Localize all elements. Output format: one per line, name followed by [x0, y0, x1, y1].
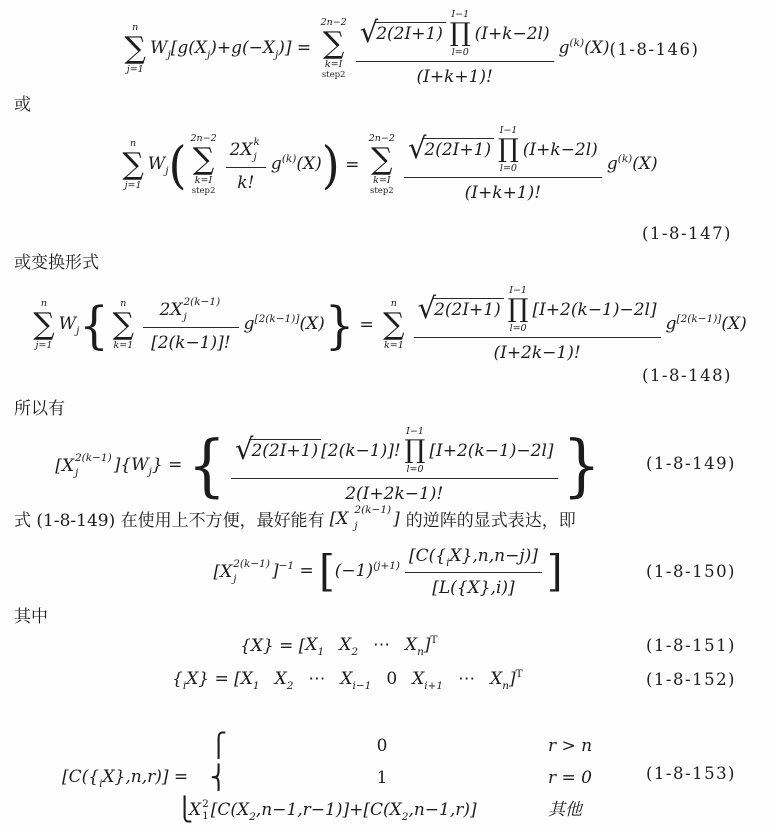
sum-step-label: step2: [370, 187, 394, 197]
paragraph-149-remark: 式 (1-8-149) 在使用上不方便，最好能有 [X2(k−1)j] 的逆阵的…: [14, 504, 576, 533]
sum-operator: n ∑ k=1: [113, 298, 134, 351]
math-token: (X): [299, 314, 324, 334]
matrix-row: X1 X2 ⋯ Xi−1 0 Xi+1 ⋯ Xn: [241, 667, 509, 693]
denominator: [2(k−1)]!: [143, 327, 239, 355]
equation-153: [C({iX},n,r)] = ⎧ 0 r > n ⎨ 1 r = 0 ⎩ X2…: [0, 730, 776, 826]
math-token: (X): [296, 154, 321, 174]
equation-number: (1-8-153): [646, 764, 736, 783]
piecewise-lhs: [C({iX},n,r)] =: [62, 762, 194, 794]
brace-top-piece: ⎧: [210, 730, 227, 762]
math-token: [C(X: [211, 800, 249, 820]
piecewise-condition-otherwise: 其他: [548, 794, 582, 826]
math-run: g(k)(X): [271, 152, 322, 178]
math-token: )+g(−X: [210, 38, 275, 58]
subscript: i: [446, 557, 449, 569]
superscript: 2: [202, 799, 209, 810]
math-token: X: [412, 669, 424, 689]
math-token: )] =: [278, 38, 316, 58]
sum-glyph: ∑: [193, 145, 214, 175]
subscript: j: [167, 49, 170, 61]
ellipsis: ⋯: [373, 633, 390, 657]
subscript: i: [183, 680, 186, 692]
inline-math: [X: [330, 507, 349, 531]
sqrt-radical: √2(2I+1): [408, 138, 494, 163]
subscript: j: [233, 574, 236, 585]
subscript: i+1: [424, 680, 443, 692]
math-token: W: [59, 314, 76, 334]
math-token: X: [305, 635, 317, 655]
subscript: 1: [253, 680, 260, 692]
math-token: (X): [584, 38, 609, 58]
sum-lower-limit: k=I: [195, 175, 212, 187]
subscript: 2: [287, 680, 294, 692]
math-token: X: [405, 635, 417, 655]
superscript-transpose: T: [431, 634, 438, 646]
denominator: 2(I+2k−1)!: [231, 478, 558, 506]
right-brace-big: }: [563, 432, 601, 499]
numerator: √2(2I+1) [2(k−1)]! I−1 ∏ l=0 [I+2(k−1)−2…: [231, 426, 558, 478]
sum-operator: 2n−2 ∑ k=I step2: [321, 17, 347, 80]
equation-number: (1-8-152): [646, 670, 736, 689]
math-token: [I+2(k−1)−2l]: [429, 439, 553, 463]
product-operator: I−1 ∏ l=0: [405, 426, 426, 476]
sum-lower-limit: k=1: [113, 340, 133, 352]
subscript: j: [149, 466, 152, 478]
fraction: [C({iX},n,n−j)] [L({X},i)]: [405, 544, 542, 600]
math-token: (I+2k−1)!: [493, 341, 580, 365]
denominator: k!: [226, 167, 266, 195]
radicand: 2(2I+1): [249, 439, 321, 461]
sum-operator: 2n−2 ∑ k=I step2: [369, 133, 395, 196]
subscript: j: [254, 152, 257, 163]
section-label-therefore: 所以有: [14, 394, 65, 419]
math-token: [g(X: [171, 38, 207, 58]
right-bracket-big: ]: [547, 550, 563, 593]
math-run: [C(X2,n−1,r−1)]+[C(X2,n−1,r)]: [211, 798, 477, 824]
piecewise-case-row: ⎩ X21[C(X2,n−1,r−1)]+[C(X2,n−1,r)] 其他: [176, 794, 746, 826]
superscript: k: [254, 137, 260, 148]
subscript: i−1: [353, 680, 372, 692]
product-lower-limit: l=0: [407, 464, 424, 476]
subscript: 1: [318, 646, 325, 658]
math-run: [C({iX},n,r)] =: [62, 765, 194, 791]
matrix-entry: Xi+1: [412, 667, 443, 693]
sum-glyph: ∑: [323, 29, 344, 59]
equals-sign: =: [354, 313, 379, 337]
sum-operator: 2n−2 ∑ k=I step2: [190, 133, 216, 196]
matrix-entry: X1: [305, 633, 324, 659]
math-run: {iX} = [: [172, 667, 241, 693]
math-run: g(k)(X): [559, 36, 610, 62]
math-token: X} = [: [186, 669, 241, 689]
subscript: 2: [249, 811, 256, 823]
superscript: 2(k−1): [233, 559, 270, 570]
sup-sub-stack: kj: [254, 136, 260, 165]
math-token: [X: [55, 456, 74, 476]
math-token: (I+k+1)!: [465, 181, 541, 205]
math-run: ]T: [509, 667, 523, 693]
product-lower-limit: l=0: [500, 163, 517, 175]
math-run: Wj: [59, 312, 80, 338]
superscript: (k): [570, 37, 585, 49]
math-token: X: [490, 669, 502, 689]
math-token: ]{W: [114, 455, 149, 475]
math-run: g(k)(X): [607, 152, 658, 178]
math-token: [C({: [409, 546, 446, 566]
math-token: (X): [721, 314, 746, 334]
subscript: j: [207, 49, 210, 61]
left-paren-big: (: [169, 140, 187, 191]
math-run: [X: [214, 560, 233, 584]
math-run: ]T: [424, 633, 438, 659]
subscript: 1: [202, 811, 209, 822]
numerator: [C({iX},n,n−j)]: [405, 544, 542, 572]
sum-glyph: ∑: [33, 310, 54, 340]
math-token: ,n−1,r)]: [408, 800, 476, 820]
equation-number: (1-8-150): [646, 562, 736, 581]
matrix-entry: Xi−1: [340, 667, 371, 693]
math-token: [L({X},i)]: [432, 576, 514, 600]
product-operator: I−1 ∏ l=0: [508, 285, 529, 335]
inline-math: ]: [393, 507, 400, 531]
fraction: 2X2(k−1)j [2(k−1)]!: [143, 296, 239, 355]
sum-glyph: ∑: [383, 310, 404, 340]
math-token: {: [172, 669, 183, 689]
superscript: [2(k−1)]: [677, 313, 722, 325]
matrix-entry: Xn: [490, 667, 509, 693]
right-brace-big: }: [325, 300, 354, 351]
sum-step-label: step2: [322, 71, 346, 81]
denominator: [L({X},i)]: [405, 572, 542, 600]
math-token: X: [189, 800, 201, 820]
fraction: √2(2I+1) I−1 ∏ l=0 (I+k−2l) (I+k+1)!: [356, 9, 554, 89]
equation-146: n ∑ j=1 Wj[g(Xj)+g(−Xj)] = 2n−2 ∑ k=I st…: [0, 4, 776, 94]
section-label-or: 或: [14, 90, 31, 115]
math-token: g: [244, 314, 255, 334]
superscript: −1: [279, 560, 294, 572]
fraction: √2(2I+1) I−1 ∏ l=0 (I+k−2l) (I+k+1)!: [404, 125, 602, 205]
math-token: k!: [237, 171, 254, 195]
math-run: (−1)(j+1): [335, 559, 400, 585]
product-lower-limit: l=0: [510, 323, 527, 335]
piecewise-condition: r > n: [548, 730, 592, 762]
math-token: X: [339, 635, 351, 655]
math-token: [C({: [62, 767, 99, 787]
sum-lower-limit: k=I: [325, 59, 342, 71]
subscript: j: [183, 312, 186, 323]
equals-sign: =: [294, 561, 319, 581]
product-glyph: ∏: [405, 438, 426, 464]
sum-step-label: step2: [192, 187, 216, 197]
ellipsis: ⋯: [458, 667, 475, 691]
product-lower-limit: l=0: [452, 47, 469, 59]
section-label-or-transform: 或变换形式: [14, 248, 99, 273]
sum-lower-limit: k=I: [373, 175, 390, 187]
superscript: (k): [618, 153, 633, 165]
math-token: [2(k−1)]!: [151, 331, 231, 355]
math-token: (I+k−2l): [475, 22, 550, 46]
matrix-row: X1 X2 ⋯ Xn: [305, 633, 423, 659]
math-token: ,n−1,r−1)]+[C(X: [256, 800, 402, 820]
math-token: g: [666, 314, 677, 334]
subscript: j: [75, 468, 78, 479]
piecewise-value-expression: X21[C(X2,n−1,r−1)]+[C(X2,n−1,r)]: [189, 794, 477, 826]
subscript: j: [275, 49, 278, 61]
superscript: (k): [282, 153, 297, 165]
matrix-entry: 0: [386, 667, 397, 691]
sum-lower-limit: j=1: [127, 64, 144, 76]
radicand: 2(2I+1): [432, 298, 504, 320]
math-token: 2(I+2k−1)!: [345, 482, 443, 506]
math-token: X: [340, 669, 352, 689]
superscript: [2(k−1)]: [255, 313, 300, 325]
sup-sub-stack: 2(k−1)j: [233, 558, 270, 587]
math-run: [C({iX},n,n−j)]: [409, 544, 538, 570]
math-token: (X): [632, 154, 657, 174]
sum-glyph: ∑: [113, 310, 134, 340]
fraction: √2(2I+1) [2(k−1)]! I−1 ∏ l=0 [I+2(k−1)−2…: [231, 426, 558, 506]
sup-sub-stack: 2(k−1)j: [354, 504, 391, 533]
math-token: 2X: [160, 298, 183, 322]
ellipsis: ⋯: [308, 667, 325, 691]
matrix-entry: X2: [275, 667, 294, 693]
sum-lower-limit: k=1: [384, 340, 404, 352]
math-run: X: [189, 798, 201, 822]
textbook-page: n ∑ j=1 Wj[g(Xj)+g(−Xj)] = 2n−2 ∑ k=I st…: [0, 0, 776, 832]
equation-148: n ∑ j=1 Wj { n ∑ k=1 2X2(k−1)j [2(k−1)]!…: [0, 276, 776, 374]
sqrt-radical: √2(2I+1): [418, 298, 504, 323]
math-token: X},n,n−j)]: [449, 546, 537, 566]
math-token: [X: [330, 509, 349, 529]
product-operator: I−1 ∏ l=0: [498, 125, 519, 175]
sup-sub-stack: 21: [202, 798, 209, 824]
numerator: √2(2I+1) I−1 ∏ l=0 [I+2(k−1)−2l]: [414, 285, 661, 337]
left-brace-big: {: [79, 300, 108, 351]
math-token: g: [271, 154, 282, 174]
piecewise-value: 0: [362, 730, 402, 762]
math-run: g[2(k−1)](X): [666, 312, 747, 338]
subscript: 2: [402, 811, 409, 823]
matrix-entry: Xn: [405, 633, 424, 659]
brace-middle-piece: ⎨: [210, 762, 227, 794]
matrix-entry: X1: [241, 667, 260, 693]
equation-number: (1-8-151): [646, 636, 736, 655]
math-token: [X: [214, 562, 233, 582]
math-token: (I+k−2l): [523, 138, 598, 162]
math-token: ]: [509, 669, 516, 689]
math-run: Wj[g(Xj)+g(−Xj)] =: [150, 36, 317, 62]
denominator: (I+k+1)!: [356, 61, 554, 89]
math-token: ]: [393, 509, 400, 529]
sum-glyph: ∑: [125, 34, 146, 64]
denominator: (I+k+1)!: [404, 177, 602, 205]
subscript: n: [417, 646, 424, 658]
math-token: W: [148, 154, 165, 174]
equation-147: n ∑ j=1 Wj ( 2n−2 ∑ k=I step2 2Xkj k! g(…: [0, 116, 776, 214]
section-label-where: 其中: [14, 602, 48, 627]
product-glyph: ∏: [498, 137, 519, 163]
equation-number: (1-8-149): [646, 454, 736, 473]
piecewise-case-row: ⎧ 0 r > n: [176, 730, 746, 762]
math-token: (−1): [335, 561, 373, 581]
paragraph-text: 的逆阵的显式表达，即: [406, 506, 576, 531]
equation-number: (1-8-148): [642, 366, 732, 385]
paragraph-text: 式 (1-8-149) 在使用上不方便，最好能有: [14, 506, 325, 531]
numerator: 2Xkj: [226, 136, 266, 167]
math-run: {X} = [: [240, 634, 305, 658]
right-paren-big: ): [322, 140, 340, 191]
math-token: [I+2(k−1)−2l]: [532, 298, 656, 322]
subscript: 2: [351, 646, 358, 658]
superscript: 2(k−1): [75, 453, 112, 464]
sum-lower-limit: j=1: [35, 340, 52, 352]
piecewise-value: 1: [362, 762, 402, 794]
math-run: [X: [55, 454, 74, 478]
equation-number: (1-8-146): [609, 40, 699, 59]
sup-sub-stack: 2(k−1)j: [183, 296, 220, 325]
math-token: } =: [152, 455, 188, 475]
sum-lower-limit: j=1: [125, 180, 142, 192]
sum-glyph: ∑: [371, 145, 392, 175]
product-operator: I−1 ∏ l=0: [450, 9, 471, 59]
math-run: Wj: [148, 152, 169, 178]
sum-operator: n ∑ j=1: [125, 22, 146, 75]
subscript: n: [502, 680, 509, 692]
math-token: ]: [272, 561, 279, 581]
sup-sub-stack: 2(k−1)j: [75, 452, 112, 481]
fraction: 2Xkj k!: [226, 136, 266, 195]
fraction: √2(2I+1) I−1 ∏ l=0 [I+2(k−1)−2l] (I+2k−1…: [414, 285, 661, 365]
math-token: X: [275, 669, 287, 689]
math-run: g[2(k−1)](X): [244, 312, 325, 338]
product-glyph: ∏: [508, 297, 529, 323]
superscript: 2(k−1): [354, 505, 391, 516]
radicand: 2(2I+1): [422, 138, 494, 160]
sum-operator: n ∑ k=1: [383, 298, 404, 351]
math-token: g: [607, 154, 618, 174]
left-bracket-big: [: [319, 550, 335, 593]
superscript: 2(k−1): [183, 297, 220, 308]
equals-sign: =: [340, 153, 365, 177]
superscript-transpose: T: [516, 668, 523, 680]
equation-number: (1-8-147): [642, 224, 732, 243]
math-token: g: [559, 38, 570, 58]
sum-glyph: ∑: [122, 150, 143, 180]
math-token: (I+k+1)!: [416, 65, 492, 89]
numerator: 2X2(k−1)j: [156, 296, 227, 327]
sqrt-radical: √2(2I+1): [235, 439, 321, 464]
sum-operator: n ∑ j=1: [33, 298, 54, 351]
math-run: ]−1 =: [272, 559, 319, 585]
math-token: ]: [424, 635, 431, 655]
math-token: X: [241, 669, 253, 689]
denominator: (I+2k−1)!: [414, 337, 661, 365]
matrix-entry: X2: [339, 633, 358, 659]
subscript: i: [99, 778, 102, 790]
superscript: (j+1): [373, 560, 400, 572]
numerator: √2(2I+1) I−1 ∏ l=0 (I+k−2l): [404, 125, 602, 177]
sqrt-radical: √2(2I+1): [360, 22, 446, 47]
product-glyph: ∏: [450, 21, 471, 47]
sum-operator: n ∑ j=1: [122, 138, 143, 191]
math-token: [2(k−1)]!: [321, 439, 401, 463]
subscript: j: [354, 521, 357, 532]
numerator: √2(2I+1) I−1 ∏ l=0 (I+k−2l): [356, 9, 554, 61]
math-token: W: [150, 38, 167, 58]
left-brace-big: {: [188, 432, 226, 499]
radicand: 2(2I+1): [374, 22, 446, 44]
piecewise-condition: r = 0: [548, 762, 592, 794]
math-run: ]{Wj} =: [114, 453, 188, 479]
math-token: 2X: [230, 138, 253, 162]
